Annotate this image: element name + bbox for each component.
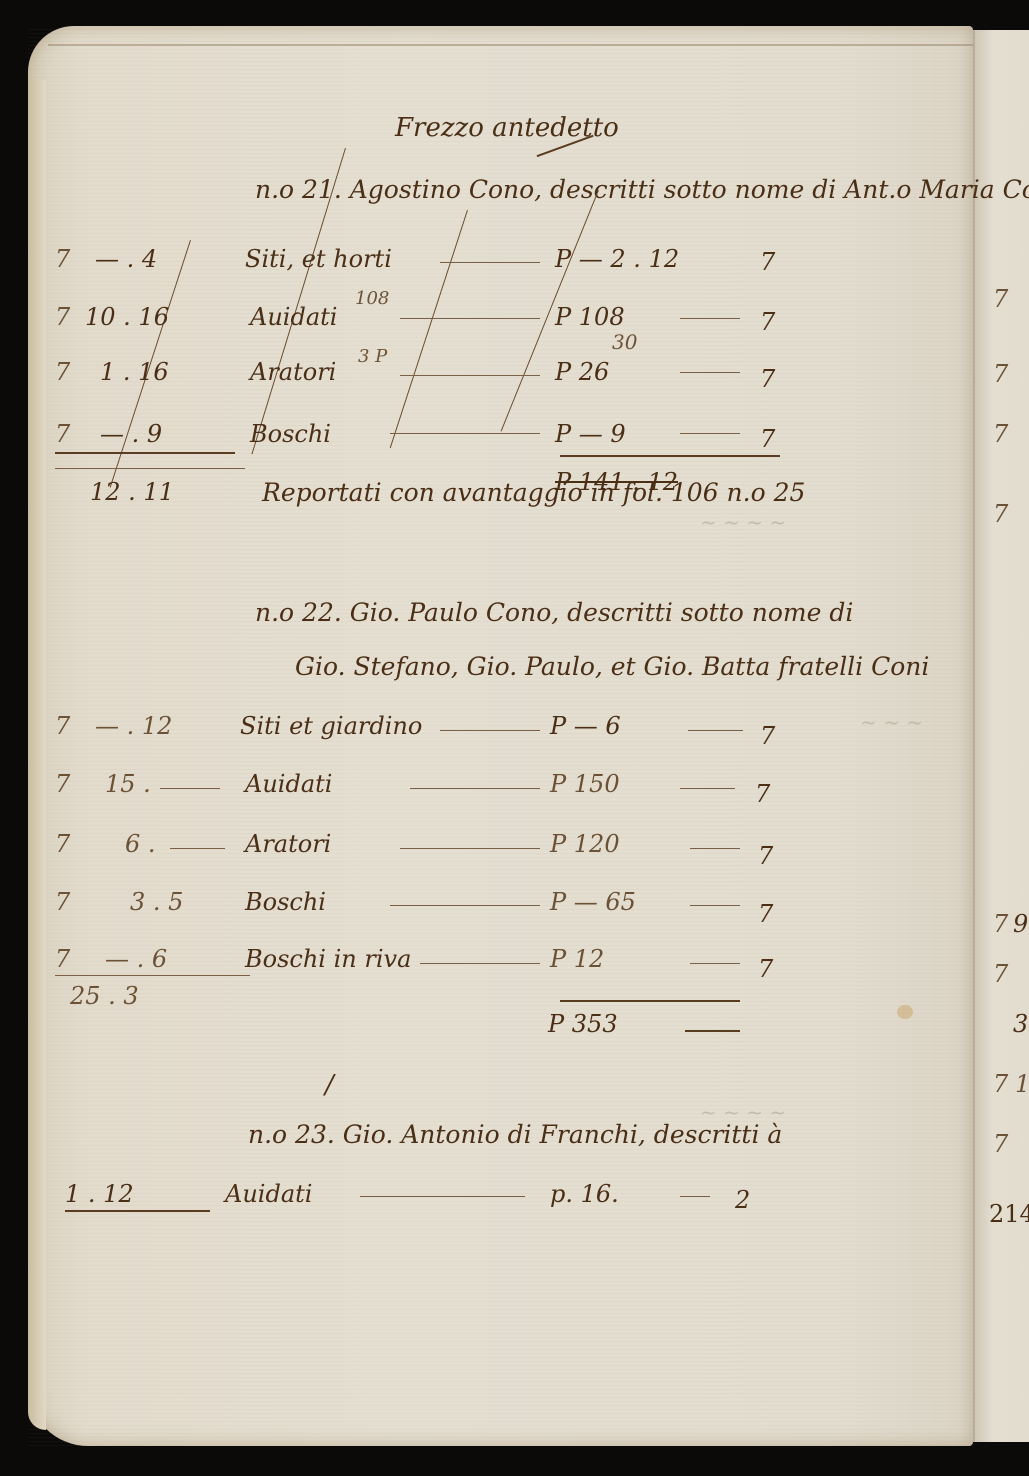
left-amount: 10 . 16 <box>85 303 169 331</box>
carry-note: Reportati con avantaggio in fol. 106 n.o… <box>262 478 805 507</box>
item-pertiche: P — 6 <box>550 712 621 740</box>
leader-line <box>685 1030 740 1032</box>
adjacent-mark: 7 <box>993 960 1008 988</box>
bleed-through-text: ~ ~ ~ <box>860 710 923 734</box>
leader-line <box>400 848 540 849</box>
item-description: Auidati <box>245 770 332 798</box>
adjacent-mark: 7 <box>993 910 1008 938</box>
left-amount: — . 6 <box>105 945 167 973</box>
adjacent-mark: 1 <box>1015 1070 1029 1098</box>
leader-line <box>400 318 540 319</box>
sum-rule <box>55 452 235 454</box>
adjacent-mark: 7 <box>993 1130 1008 1158</box>
margin-mark: 7 <box>55 358 70 386</box>
item-pertiche: P — 65 <box>550 888 636 916</box>
margin-mark: 7 <box>55 303 70 331</box>
right-mark: 7 <box>760 308 775 336</box>
manuscript-scan: 7 7 7 7 7 7 9 3 1 7 7 214 ~ ~ ~ ~ ~ ~ ~ … <box>0 0 1029 1476</box>
entry-header-continued: Gio. Stefano, Gio. Paulo, et Gio. Batta … <box>295 652 929 681</box>
sum-rule <box>560 1000 740 1002</box>
leader-line <box>410 788 540 789</box>
left-amount: 1 . 16 <box>100 358 169 386</box>
right-mark: 7 <box>760 722 775 750</box>
adjacent-page: 7 7 7 7 7 7 9 3 1 7 7 214 <box>973 30 1029 1442</box>
stray-mark: / <box>325 1070 334 1100</box>
adjacent-mark: 7 <box>993 420 1008 448</box>
leader-line <box>390 905 540 906</box>
entry-header: n.o 22. Gio. Paulo Cono, descritti sotto… <box>255 598 853 627</box>
right-mark: 7 <box>760 365 775 393</box>
leader-line <box>360 1196 525 1197</box>
leader-line <box>680 433 740 434</box>
sum-rule <box>55 975 250 976</box>
leader-line <box>680 318 740 319</box>
left-amount: 3 . 5 <box>130 888 183 916</box>
margin-mark: 7 <box>55 420 70 448</box>
item-description: Auidati <box>225 1180 312 1208</box>
item-mid-note: 3 P <box>358 346 387 367</box>
margin-mark: 7 <box>55 770 70 798</box>
right-mark: 7 <box>760 248 775 276</box>
leader-line <box>160 788 220 789</box>
left-amount: — . 9 <box>100 420 162 448</box>
item-pertiche: P — 2 . 12 <box>555 245 679 273</box>
leader-line <box>688 730 743 731</box>
margin-mark: 7 <box>55 830 70 858</box>
right-mark: 7 <box>758 900 773 928</box>
page-edge <box>28 80 46 1430</box>
adjacent-mark: 3 <box>1013 1010 1028 1038</box>
item-description: Siti, et horti <box>245 245 392 273</box>
leader-line <box>680 1196 710 1197</box>
margin-mark: 7 <box>55 888 70 916</box>
ink-stain <box>897 1005 913 1019</box>
item-pertiche: P 26 <box>555 358 609 386</box>
sum-rule <box>55 468 245 469</box>
item-description: Boschi <box>250 420 331 448</box>
leader-line <box>420 963 540 964</box>
leader-line <box>690 905 740 906</box>
left-total: 12 . 11 <box>90 478 174 506</box>
item-pertiche: P 108 <box>555 303 625 331</box>
leader-line <box>690 963 740 964</box>
right-mark: 7 <box>755 780 770 808</box>
left-amount: — . 4 <box>95 245 157 273</box>
item-description: Aratori <box>250 358 336 386</box>
sum-rule <box>560 455 780 457</box>
sum-rule <box>65 1210 210 1212</box>
leader-line <box>170 848 225 849</box>
left-total: 25 . 3 <box>70 982 139 1010</box>
leader-line <box>400 375 540 376</box>
adjacent-mark: 7 <box>993 285 1008 313</box>
right-mark: 7 <box>760 425 775 453</box>
adjacent-mark: 7 <box>993 1070 1008 1098</box>
bleed-through-text: ~ ~ ~ ~ <box>700 510 786 534</box>
adjacent-total: 214 <box>989 1200 1029 1228</box>
item-description: Boschi <box>245 888 326 916</box>
item-pertiche: P — 9 <box>555 420 626 448</box>
leader-line <box>680 788 735 789</box>
left-amount: 15 . <box>105 770 151 798</box>
entry-header: n.o 21. Agostino Cono, descritti sotto n… <box>255 175 1029 204</box>
adjacent-mark: 7 <box>993 500 1008 528</box>
left-amount: 6 . <box>125 830 156 858</box>
right-mark: 7 <box>758 842 773 870</box>
item-pertiche: P 12 <box>550 945 604 973</box>
adjacent-mark: 7 <box>993 360 1008 388</box>
item-description: Auidati <box>250 303 337 331</box>
item-mid-note: 108 <box>355 288 389 309</box>
right-mark: 2 <box>735 1186 750 1214</box>
item-pertiche: P 150 <box>550 770 620 798</box>
entry-header: n.o 23. Gio. Antonio di Franchi, descrit… <box>248 1120 782 1149</box>
margin-mark: 7 <box>55 245 70 273</box>
leader-line <box>440 262 540 263</box>
right-mark: 7 <box>758 955 773 983</box>
margin-mark: 7 <box>55 945 70 973</box>
item-pertiche: p. 16. <box>550 1180 619 1208</box>
adjacent-mark: 9 <box>1013 910 1028 938</box>
left-amount: 1 . 12 <box>65 1180 134 1208</box>
leader-line <box>680 372 740 373</box>
entry-total: P 141 . 12 <box>555 468 678 496</box>
item-description: Boschi in riva <box>245 945 411 973</box>
item-description: Aratori <box>245 830 331 858</box>
entry-total: P 353 <box>548 1010 618 1038</box>
leader-line <box>390 433 540 434</box>
leader-line <box>690 848 740 849</box>
leader-line <box>440 730 540 731</box>
left-amount: — . 12 <box>95 712 172 740</box>
correction-above: 30 <box>612 330 637 354</box>
item-description: Siti et giardino <box>240 712 422 740</box>
margin-mark: 7 <box>55 712 70 740</box>
item-pertiche: P 120 <box>550 830 620 858</box>
